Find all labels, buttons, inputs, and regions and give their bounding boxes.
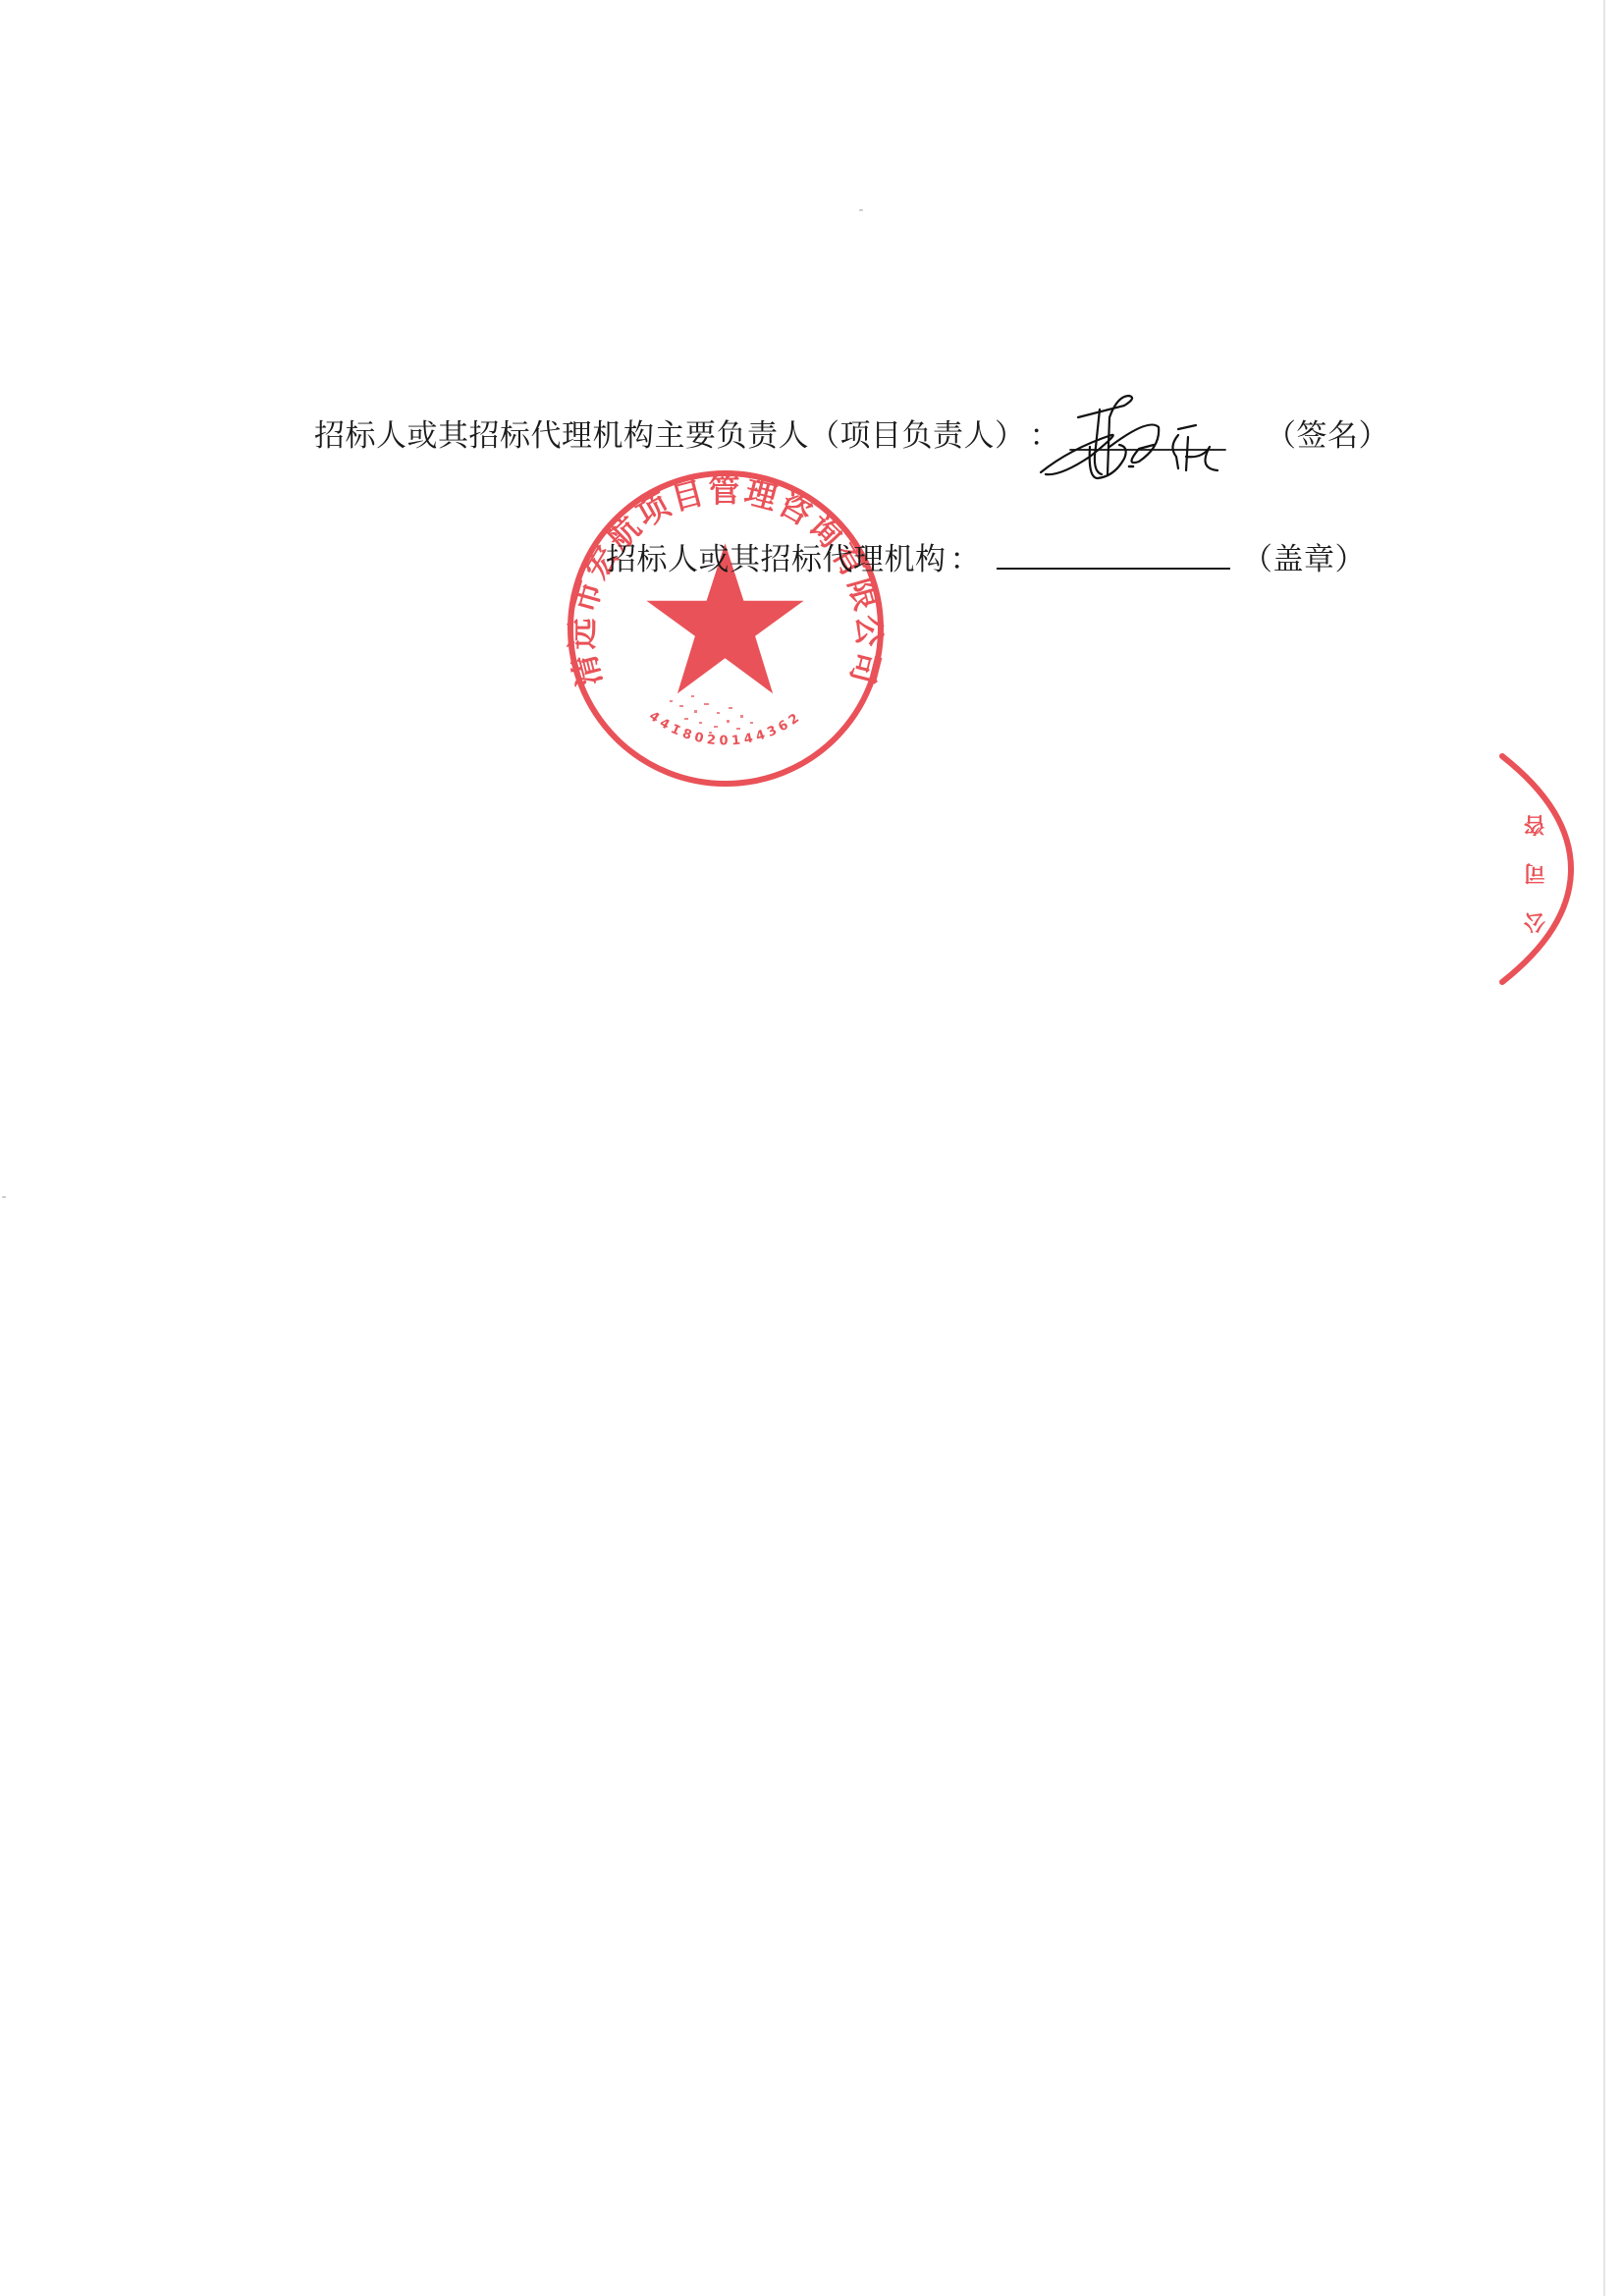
scan-edge-line xyxy=(1603,0,1605,2296)
responsible-person-label: 招标人或其招标代理机构主要负责人（项目负责人） xyxy=(314,418,1026,454)
svg-text:4418020144362: 4418020144362 xyxy=(646,709,805,749)
company-seal: 清远市宏航项目管理咨询有限公司 4418020144362 xyxy=(562,465,890,793)
scan-speck xyxy=(2,1196,6,1198)
document-page: 招标人或其招标代理机构主要负责人（项目负责人）：（签名） 清远市宏航项目管理咨询… xyxy=(0,0,1623,2296)
colon: ： xyxy=(950,540,982,579)
organization-seal-line: 招标人或其招标代理机构：（盖章） xyxy=(606,540,1366,579)
organization-label: 招标人或其招标代理机构 xyxy=(606,542,947,577)
seal-note: （盖章） xyxy=(1242,540,1366,579)
signature-note: （签名） xyxy=(1266,416,1389,456)
scan-speck xyxy=(859,209,863,211)
seam-seal-fragment: 公 司 咨 xyxy=(1497,751,1586,987)
seal-blank xyxy=(997,540,1230,570)
seal-registration-number: 4418020144362 xyxy=(646,709,805,749)
seam-seal-text: 公 司 咨 xyxy=(1525,804,1549,933)
responsible-person-signature-line: 招标人或其招标代理机构主要负责人（项目负责人）：（签名） xyxy=(314,416,1389,456)
handwritten-signature xyxy=(1031,388,1227,496)
